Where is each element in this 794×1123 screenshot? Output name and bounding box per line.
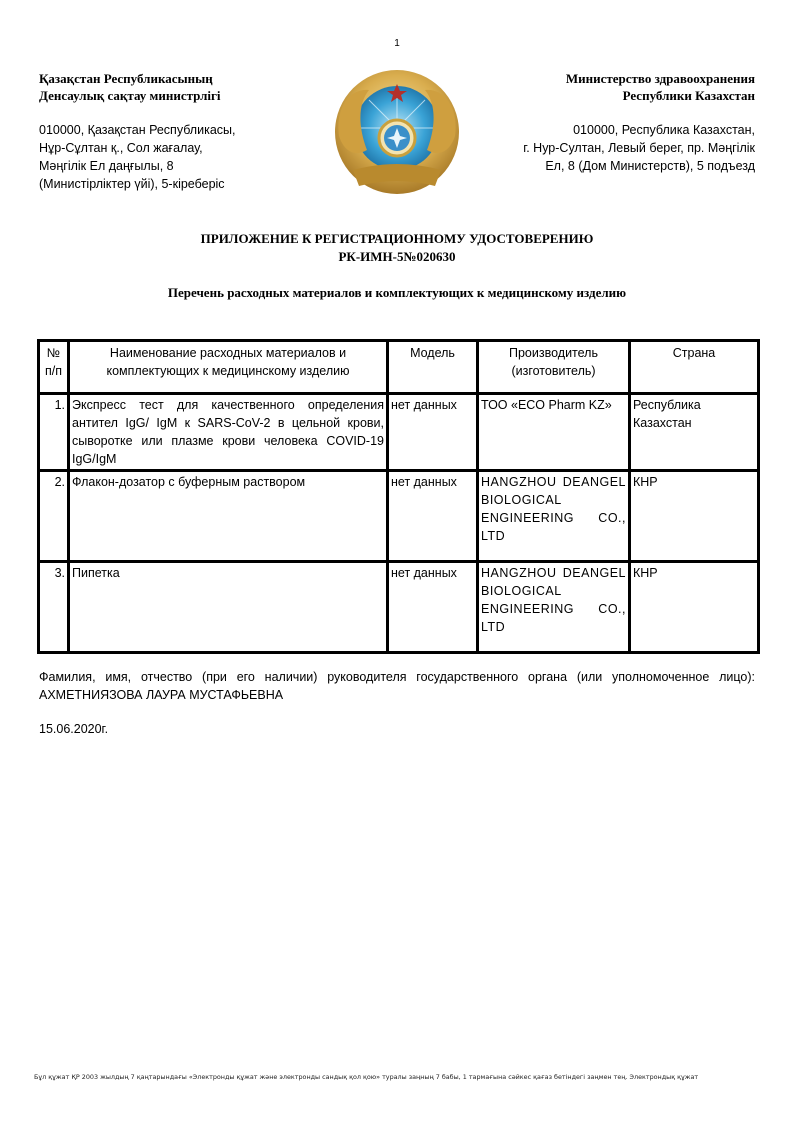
table-row: 1. Экспресс тест для качественного опред… <box>39 394 759 471</box>
table-row: 3. Пипетка нет данных HANGZHOU DEANGEL B… <box>39 562 759 653</box>
document-title: ПРИЛОЖЕНИЕ К РЕГИСТРАЦИОННОМУ УДОСТОВЕРЕ… <box>0 230 794 266</box>
list-subtitle: Перечень расходных материалов и комплект… <box>0 285 794 301</box>
table-row: 2. Флакон-дозатор с буферным раствором н… <box>39 471 759 562</box>
cell-country: КНР <box>630 471 759 562</box>
address-kz: 010000, Қазақстан Республикасы, Нұр-Сұлт… <box>39 121 236 193</box>
legal-footer: Бұл құжат ҚР 2003 жылдың 7 қаңтарындағы … <box>34 1073 698 1081</box>
cell-manufacturer: ТОО «ECO Pharm KZ» <box>478 394 630 471</box>
cell-num: 3. <box>39 562 69 653</box>
cell-country: КНР <box>630 562 759 653</box>
col-header-name: Наименование расходных материалов и комп… <box>69 341 388 394</box>
cell-model: нет данных <box>388 394 478 471</box>
col-header-manufacturer: Производитель (изготовитель) <box>478 341 630 394</box>
address-line: 010000, Қазақстан Республикасы, <box>39 121 236 139</box>
signatory-line: Фамилия, имя, отчество (при его наличии)… <box>39 668 755 704</box>
cell-model: нет данных <box>388 562 478 653</box>
cell-manufacturer: HANGZHOU DEANGEL BIOLOGICAL ENGINEERING … <box>478 562 630 653</box>
cell-num: 1. <box>39 394 69 471</box>
org-name-kz-line1: Қазақстан Республикасының <box>39 70 236 87</box>
header-left: Қазақстан Республикасының Денсаулық сақт… <box>39 70 236 193</box>
certificate-number: РК-ИМН-5№020630 <box>0 248 794 266</box>
document-date: 15.06.2020г. <box>39 722 108 736</box>
address-line: 010000, Республика Казахстан, <box>523 121 755 139</box>
address-line: (Министірліктер үйі), 5-кіреберіс <box>39 175 236 193</box>
col-header-country: Страна <box>630 341 759 394</box>
cell-country: Республика Казахстан <box>630 394 759 471</box>
org-name-kz-line2: Денсаулық сақтау министрлігі <box>39 87 236 104</box>
cell-name: Экспресс тест для качественного определе… <box>69 394 388 471</box>
page-number: 1 <box>0 38 794 49</box>
table-header-row: № п/п Наименование расходных материалов … <box>39 341 759 394</box>
address-line: Ел, 8 (Дом Министерств), 5 подъезд <box>523 157 755 175</box>
cell-model: нет данных <box>388 471 478 562</box>
cell-name: Пипетка <box>69 562 388 653</box>
address-ru: 010000, Республика Казахстан, г. Нур-Сул… <box>523 121 755 175</box>
col-header-model: Модель <box>388 341 478 394</box>
cell-name: Флакон-дозатор с буферным раствором <box>69 471 388 562</box>
org-name-ru-line1: Министерство здравоохранения <box>523 70 755 87</box>
address-line: Мәңгілік Ел даңғылы, 8 <box>39 157 236 175</box>
materials-table: № п/п Наименование расходных материалов … <box>37 339 760 654</box>
cell-num: 2. <box>39 471 69 562</box>
state-emblem-icon <box>329 66 465 202</box>
org-name-ru-line2: Республики Казахстан <box>523 87 755 104</box>
address-line: г. Нур-Султан, Левый берег, пр. Мәңгілік <box>523 139 755 157</box>
title-line: ПРИЛОЖЕНИЕ К РЕГИСТРАЦИОННОМУ УДОСТОВЕРЕ… <box>0 230 794 248</box>
header-right: Министерство здравоохранения Республики … <box>523 70 755 175</box>
cell-manufacturer: HANGZHOU DEANGEL BIOLOGICAL ENGINEERING … <box>478 471 630 562</box>
address-line: Нұр-Сұлтан қ., Сол жағалау, <box>39 139 236 157</box>
col-header-num: № п/п <box>39 341 69 394</box>
